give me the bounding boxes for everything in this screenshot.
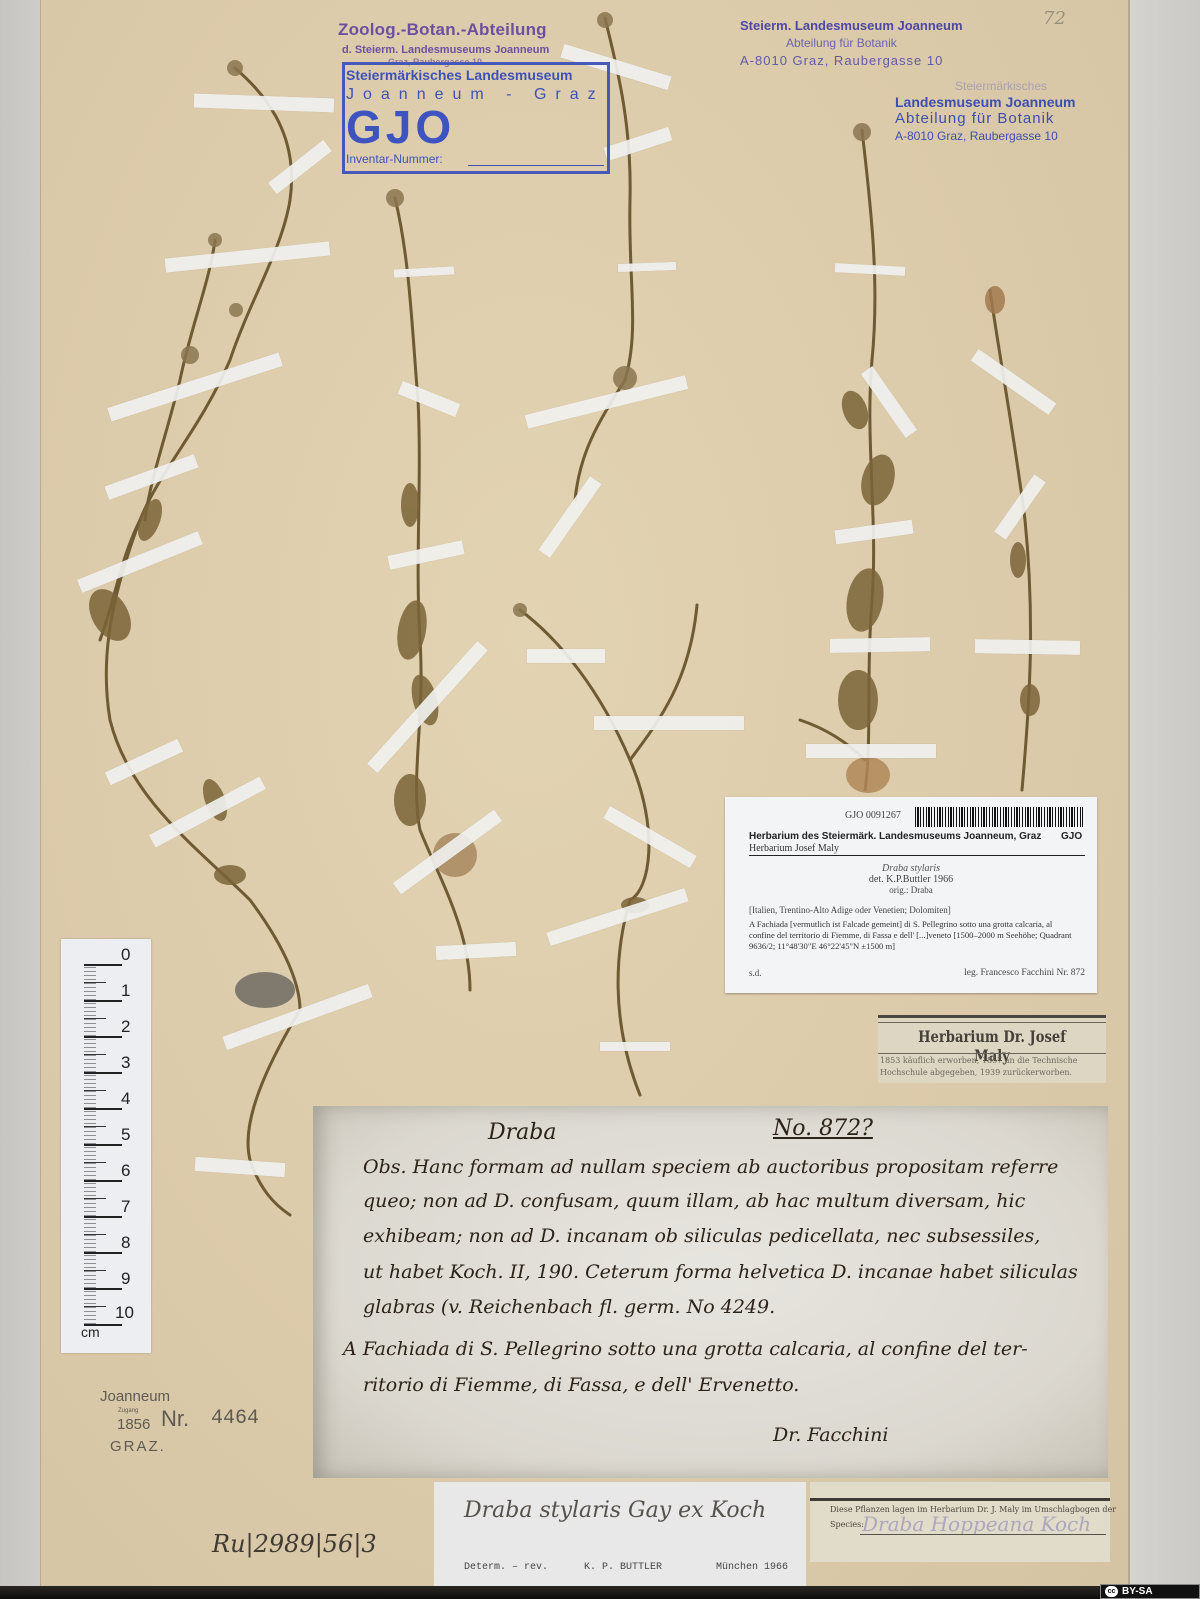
botanik2-stamp-line0: Steiermärkisches	[955, 79, 1047, 93]
gjo-stamp-code: GJO	[346, 100, 455, 154]
note-line: exhibeam; non ad D. incanam ob siliculas…	[363, 1225, 1040, 1247]
joanneum-stamp-nr-label: Nr.	[161, 1406, 189, 1432]
note-line: glabras (v. Reichenbach fl. germ. No 424…	[363, 1296, 775, 1318]
note-number: No. 872?	[773, 1116, 873, 1141]
page-number: 72	[1043, 8, 1066, 29]
botanik2-stamp-line3: A-8010 Graz, Raubergasse 10	[895, 129, 1058, 143]
botanik-stamp-line2: Abteilung für Botanik	[786, 36, 897, 50]
gjo-stamp-line1: Steiermärkisches Landesmuseum	[346, 67, 572, 83]
zoolog-stamp-line2: d. Steierm. Landesmuseums Joanneum	[342, 44, 549, 56]
inventory-line	[468, 165, 604, 166]
accession-number: Ru|2989|56|3	[212, 1530, 377, 1558]
botanik-stamp-line1: Steierm. Landesmuseum Joanneum	[740, 18, 963, 33]
license-badge: cc BY-SA	[1100, 1584, 1200, 1599]
species-slip-rule	[810, 1498, 1110, 1501]
species-slip-line	[860, 1534, 1106, 1535]
tape-strip	[600, 1042, 670, 1051]
taxon-name: Draba stylaris	[725, 863, 1097, 874]
species-slip-label: Species:	[830, 1520, 864, 1529]
ruler-number: 5	[121, 1125, 149, 1145]
tape-strip	[527, 649, 605, 663]
note-line: A Fachiada di S. Pellegrino sotto una gr…	[343, 1338, 1028, 1360]
botanik2-stamp-line2: Abteilung für Botanik	[895, 110, 1054, 127]
original-name: orig.: Draba	[725, 885, 1097, 895]
note-line: Obs. Hanc formam ad nullam speciem ab au…	[363, 1156, 1058, 1178]
tape-strip	[975, 639, 1080, 655]
det-slip-name: Draba stylaris Gay ex Koch	[464, 1498, 766, 1523]
label-divider	[749, 855, 1085, 856]
collector: leg. Francesco Facchini Nr. 872	[964, 968, 1085, 978]
gjo-inventory-label: Inventar-Nummer:	[346, 152, 443, 166]
catalog-id: GJO 0091267	[845, 810, 901, 821]
ruler-number: 2	[121, 1017, 149, 1037]
collection-name: Herbarium Josef Maly	[749, 843, 839, 854]
ruler-number: 8	[121, 1233, 149, 1253]
maly-text: 1853 käuflich erworben, 1857 an die Tech…	[880, 1055, 1104, 1079]
ruler-tick	[84, 1324, 122, 1326]
joanneum-stamp-city: GRAZ.	[110, 1438, 166, 1455]
maly-herbarium-label: Herbarium Dr. Josef Maly 1853 käuflich e…	[878, 1015, 1106, 1083]
region: [Italien, Trentino-Alto Adige oder Venet…	[749, 905, 951, 915]
ruler-number: 0	[121, 945, 149, 965]
ruler-mm-ticks	[84, 964, 96, 1324]
handwritten-note: Draba No. 872? Obs. Hanc formam ad nulla…	[313, 1106, 1108, 1478]
ruler-number: 1	[121, 981, 149, 1001]
tape-strip	[594, 716, 744, 730]
note-line: queo; non ad D. confusam, quum illam, ab…	[363, 1190, 1025, 1212]
herbarium-code: GJO	[1061, 831, 1082, 842]
herbarium-name: Herbarium des Steiermärk. Landesmuseums …	[749, 831, 1041, 842]
bottom-shadow-bar	[0, 1586, 1200, 1599]
note-signature: Dr. Facchini	[773, 1424, 888, 1446]
determination: det. K.P.Buttler 1966	[725, 874, 1097, 885]
tape-strip	[806, 744, 936, 758]
ruler-number: 6	[121, 1161, 149, 1181]
barcode	[915, 807, 1083, 827]
ruler-number: 4	[121, 1089, 149, 1109]
joanneum-stamp-small: Zugang	[118, 1408, 138, 1414]
collection-date: s.d.	[749, 968, 762, 978]
ruler-unit: cm	[81, 1324, 100, 1340]
det-slip-place-date: München 1966	[716, 1562, 788, 1573]
maly-rule-mid	[878, 1053, 1106, 1054]
scale-ruler: 0 1 2 3 4 5 6 7 8 9 10 cm	[61, 939, 151, 1353]
joanneum-stamp-name: Joanneum	[100, 1388, 170, 1405]
zoolog-stamp-line1: Zoolog.-Botan.-Abteilung	[338, 20, 547, 40]
botanik-stamp-line3: A-8010 Graz, Raubergasse 10	[740, 53, 943, 68]
determination-slip: Draba stylaris Gay ex Koch Determ. – rev…	[434, 1482, 806, 1586]
license-text: BY-SA	[1122, 1586, 1153, 1597]
ruler-number: 7	[121, 1197, 149, 1217]
cc-icon: cc	[1105, 1586, 1118, 1597]
note-line: ritorio di Fiemme, di Fassa, e dell' Erv…	[363, 1374, 799, 1396]
species-slip-value: Draba Hoppeana Koch	[862, 1512, 1091, 1536]
note-genus: Draba	[488, 1120, 556, 1145]
species-slip: Diese Pflanzen lagen im Herbarium Dr. J.…	[810, 1482, 1110, 1562]
tape-strip	[830, 637, 930, 653]
note-line: ut habet Koch. II, 190. Ceterum forma he…	[363, 1261, 1078, 1283]
locality: A Fachiada [vermutlich ist Falcade gemei…	[749, 919, 1075, 952]
botanik2-stamp-line1: Landesmuseum Joanneum	[895, 94, 1076, 110]
det-slip-determiner: K. P. BUTTLER	[584, 1562, 662, 1573]
specimen-label: GJO 0091267 Herbarium des Steiermärk. La…	[725, 797, 1097, 993]
maly-rule-top	[878, 1022, 1106, 1023]
joanneum-stamp-number: 4464	[211, 1407, 259, 1430]
ruler-number: 10	[115, 1303, 143, 1323]
det-slip-determ: Determ. – rev.	[464, 1562, 548, 1573]
joanneum-stamp-year: 1856	[117, 1416, 150, 1433]
ruler-number: 3	[121, 1053, 149, 1073]
ruler-number: 9	[121, 1269, 149, 1289]
